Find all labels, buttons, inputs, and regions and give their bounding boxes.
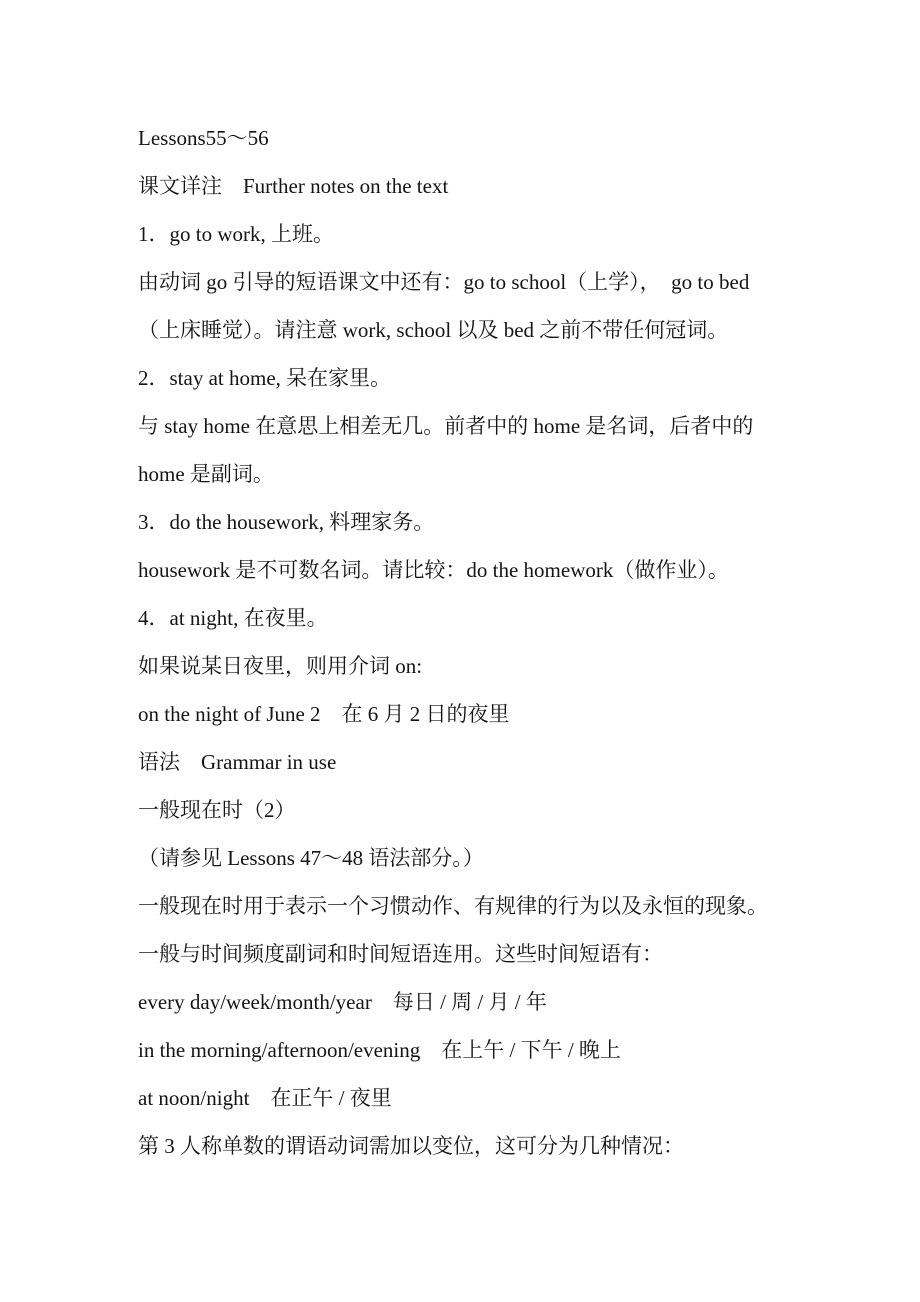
note-2-heading: 2．stay at home, 呆在家里。 xyxy=(138,354,900,402)
note-1-body-line-2: （上床睡觉）。请注意 work, school 以及 bed 之前不带任何冠词。 xyxy=(138,306,900,354)
grammar-reference: （请参见 Lessons 47～48 语法部分。） xyxy=(138,834,900,882)
note-4-body: 如果说某日夜里，则用介词 on: xyxy=(138,642,900,690)
grammar-body-line-2: 一般与时间频度副词和时间短语连用。这些时间短语有： xyxy=(138,930,900,978)
note-2-body-line-2: home 是副词。 xyxy=(138,450,900,498)
lesson-range-title: Lessons55～56 xyxy=(138,114,900,162)
note-1-body-line-1: 由动词 go 引导的短语课文中还有：go to school（上学）， go t… xyxy=(138,258,900,306)
note-4-example: on the night of June 2 在 6 月 2 日的夜里 xyxy=(138,690,900,738)
section-heading-notes: 课文详注 Further notes on the text xyxy=(138,162,900,210)
time-phrase-example-2: in the morning/afternoon/evening 在上午 / 下… xyxy=(138,1026,900,1074)
note-3-heading: 3．do the housework, 料理家务。 xyxy=(138,498,900,546)
note-2-body-line-1: 与 stay home 在意思上相差无几。前者中的 home 是名词，后者中的 xyxy=(138,402,900,450)
note-3-body: housework 是不可数名词。请比较：do the homework（做作业… xyxy=(138,546,900,594)
section-heading-grammar: 语法 Grammar in use xyxy=(138,738,900,786)
grammar-body-line-3: 第 3 人称单数的谓语动词需加以变位，这可分为几种情况： xyxy=(138,1122,900,1170)
grammar-body-line-1: 一般现在时用于表示一个习惯动作、有规律的行为以及永恒的现象。 xyxy=(138,882,900,930)
document-page: Lessons55～56 课文详注 Further notes on the t… xyxy=(0,0,920,1302)
note-1-heading: 1．go to work, 上班。 xyxy=(138,210,900,258)
time-phrase-example-1: every day/week/month/year 每日 / 周 / 月 / 年 xyxy=(138,978,900,1026)
grammar-subheading: 一般现在时（2） xyxy=(138,786,900,834)
time-phrase-example-3: at noon/night 在正午 / 夜里 xyxy=(138,1074,900,1122)
note-4-heading: 4．at night, 在夜里。 xyxy=(138,594,900,642)
